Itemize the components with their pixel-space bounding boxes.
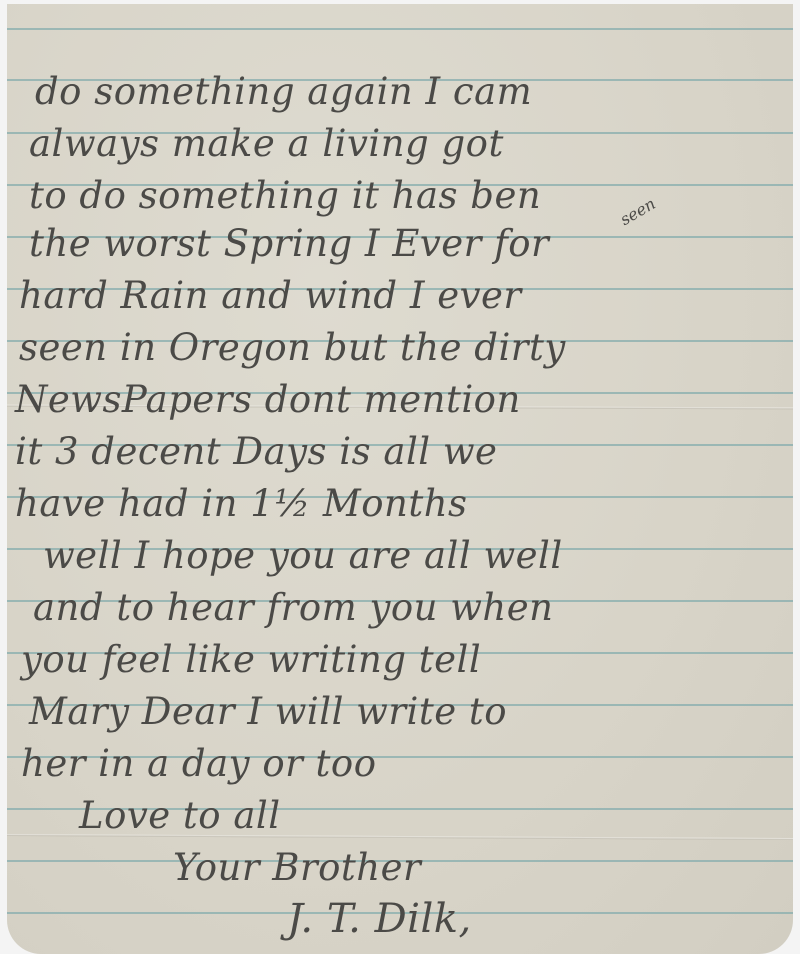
letter-line: her in a day or too [21,742,376,785]
signature: J. T. Dilk, [287,896,472,942]
letter-line: and to hear from you when [33,586,553,629]
letter-line: hard Rain and wind I ever [19,274,522,317]
letter-closing: Love to all [79,794,281,837]
letter-line: seen in Oregon but the dirty [19,326,566,369]
inserted-word: seen [617,194,659,229]
letter-line: it 3 decent Days is all we [15,430,497,473]
letter-line: have had in 1½ Months [15,482,468,525]
letter-line: do something again I cam [35,70,532,113]
letter-page: do something again I cam always make a l… [7,4,793,954]
letter-line: Mary Dear I will write to [29,690,507,733]
letter-line: you feel like writing tell [21,638,481,681]
ruled-line [7,28,793,30]
letter-line: NewsPapers dont mention [15,378,521,421]
letter-line: always make a living got [29,122,504,165]
letter-line: to do something it has ben [29,174,541,217]
letter-closing: Your Brother [173,846,421,889]
letter-line: the worst Spring I Ever for [29,222,549,265]
letter-line: well I hope you are all well [43,534,563,577]
